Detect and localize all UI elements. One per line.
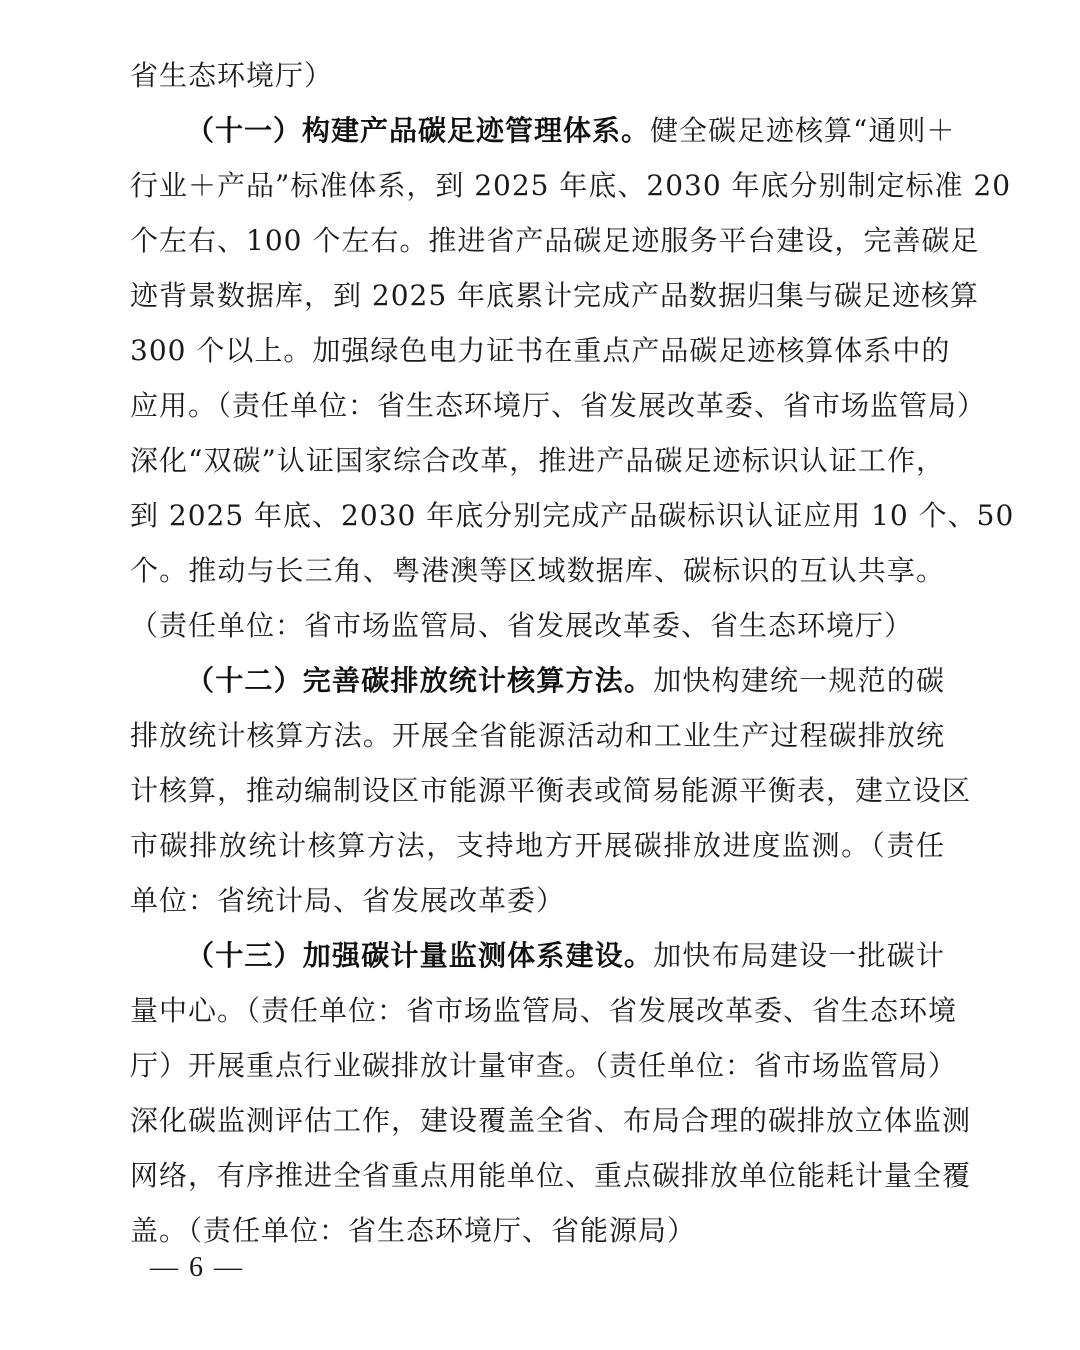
section-13-number: （十三）: [186, 939, 303, 972]
section-11-number: （十一）: [186, 114, 302, 147]
section-12-line: 计核算，推动编制设区市能源平衡表或简易能源平衡表，建立设区: [130, 763, 945, 818]
section-13-line: 盖。（责任单位：省生态环境厅、省能源局）: [130, 1203, 945, 1258]
section-11-heading-line: （十一）构建产品碳足迹管理体系。健全碳足迹核算“通则＋: [130, 103, 945, 158]
page-number: — 6 —: [150, 1252, 244, 1284]
continuation-line: 省生态环境厅）: [130, 48, 945, 103]
section-12-text: 加快构建统一规范的碳: [653, 664, 945, 697]
section-11-line: 迹背景数据库，到 2025 年底累计完成产品数据归集与碳足迹核算: [130, 268, 945, 323]
section-12-line: 排放统计核算方法。开展全省能源活动和工业生产过程碳排放统: [130, 708, 945, 763]
section-11-line: 300 个以上。加强绿色电力证书在重点产品碳足迹核算体系中的: [130, 323, 945, 378]
section-11-line: 行业＋产品”标准体系，到 2025 年底、2030 年底分别制定标准 20: [130, 158, 945, 213]
section-12-line: 市碳排放统计核算方法，支持地方开展碳排放进度监测。（责任: [130, 818, 945, 873]
document-page: 省生态环境厅） （十一）构建产品碳足迹管理体系。健全碳足迹核算“通则＋ 行业＋产…: [130, 48, 945, 1258]
section-11-line: 个。推动与长三角、粤港澳等区域数据库、碳标识的互认共享。: [130, 543, 945, 598]
section-13-line: 网络，有序推进全省重点用能单位、重点碳排放单位能耗计量全覆: [130, 1148, 945, 1203]
section-11-line: 应用。（责任单位：省生态环境厅、省发展改革委、省市场监管局）: [130, 378, 945, 433]
section-11-line: 到 2025 年底、2030 年底分别完成产品碳标识认证应用 10 个、50: [130, 488, 945, 543]
section-12-heading-line: （十二）完善碳排放统计核算方法。加快构建统一规范的碳: [130, 653, 945, 708]
section-13-text: 加快布局建设一批碳计: [653, 939, 945, 972]
section-12-line: 单位：省统计局、省发展改革委）: [130, 873, 945, 928]
section-13-line: 厅）开展重点行业碳排放计量审查。（责任单位：省市场监管局）: [130, 1038, 945, 1093]
section-11-line: 个左右、100 个左右。推进省产品碳足迹服务平台建设，完善碳足: [130, 213, 945, 268]
section-13-title: 加强碳计量监测体系建设。: [303, 939, 653, 972]
section-13-line: 深化碳监测评估工作，建设覆盖全省、布局合理的碳排放立体监测: [130, 1093, 945, 1148]
section-11-title: 构建产品碳足迹管理体系。: [302, 114, 650, 147]
section-11-line: 深化“双碳”认证国家综合改革，推进产品碳足迹标识认证工作，: [130, 433, 945, 488]
section-12-title: 完善碳排放统计核算方法。: [303, 664, 653, 697]
section-12-number: （十二）: [186, 664, 303, 697]
section-11-line: （责任单位：省市场监管局、省发展改革委、省生态环境厅）: [130, 598, 945, 653]
section-13-heading-line: （十三）加强碳计量监测体系建设。加快布局建设一批碳计: [130, 928, 945, 983]
section-13-line: 量中心。（责任单位：省市场监管局、省发展改革委、省生态环境: [130, 983, 945, 1038]
section-11-text: 健全碳足迹核算“通则＋: [650, 114, 955, 147]
